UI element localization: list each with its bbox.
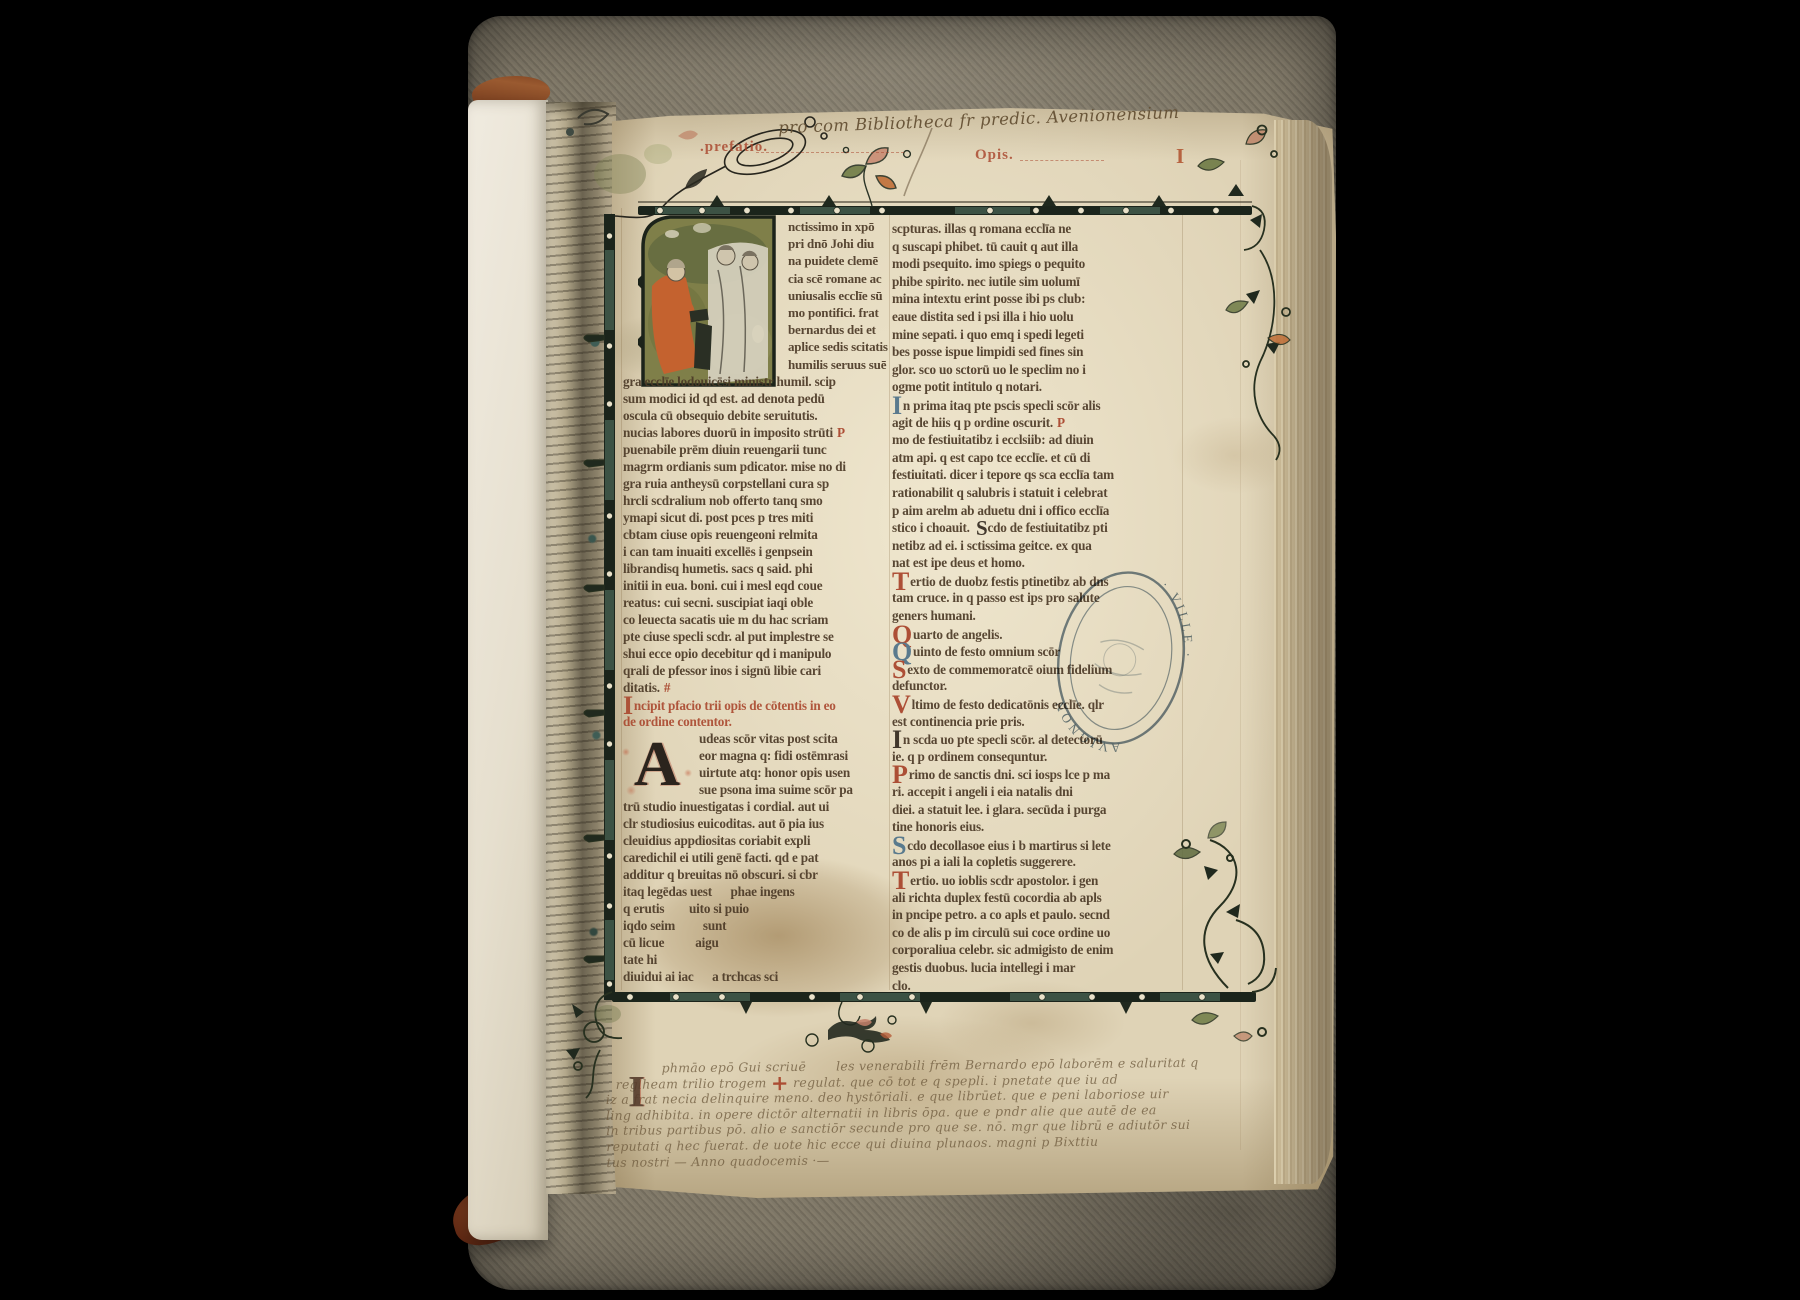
text-line: caredichil ei utili genē facti. qd e pat <box>623 850 907 867</box>
running-title-opis: Opis. <box>975 147 1014 164</box>
manuscript-photo: pro com Bibliotheca fr predic. Avenionen… <box>0 0 1800 1300</box>
text-line: ri. accepit i angeli i eia natalis dni <box>892 784 1182 802</box>
text-line: anos pi a iali la copletis suggerere. <box>892 854 1182 872</box>
text-line: bernardus dei et <box>788 322 906 339</box>
text-line: additur q breuitas nō obscuri. si cbr <box>623 867 907 884</box>
library-stamp: · VILLE · AVIGNON <box>1046 560 1196 756</box>
text-line: hrcli scdralium nob offerto tanq smo <box>623 493 907 510</box>
penwork-initial-A: A <box>620 731 694 801</box>
text-line: librandisq humetis. sacs q said. phi <box>623 561 907 578</box>
text-line: oscula cū obsequio debite seruitutis. <box>623 408 907 425</box>
bottom-border-bar <box>612 992 1256 1014</box>
top-border-bar <box>638 195 1252 215</box>
rubric-flourish <box>756 152 904 153</box>
text-line: p aim arelm ab aduetu dni i offico ecclī… <box>892 503 1182 521</box>
text-line: gestis duobus. lucia intellegi i mar <box>892 960 1182 978</box>
text-line: sum modici id qd est. ad denota pedū <box>623 391 907 408</box>
text-line: bes posse ispue limpidi sed fines sin <box>892 344 1182 362</box>
text-line: In prima itaq pte pscis specli scōr alis <box>892 397 1182 415</box>
text-line: reatus: cui secni. suscipiat iaqi oble <box>623 595 907 612</box>
miniature <box>638 214 780 388</box>
bottom-note: phmāo epō Gui scriuē les venerabili frēm… <box>605 1055 1172 1170</box>
text-line: modi psequito. imo spiegs o pequito <box>892 256 1182 274</box>
top-right-corner <box>1198 126 1290 461</box>
text-line: cia scē romane ac <box>788 271 906 288</box>
text-line: cbtam ciuse opis reuengeoni relmita <box>623 527 907 544</box>
text-line: shui ecce opio decebitur qd i manipulo <box>623 646 907 663</box>
text-line: gra ruia antheysū corpstellani cura sp <box>623 476 907 493</box>
text-line: phibe spirito. nec iutile sim uolumī <box>892 274 1182 292</box>
text-line: scpturas. illas q romana ecclīa ne <box>892 221 1182 239</box>
left-column: gra ecclīe lodouicēsi ministr humil. sci… <box>623 374 907 986</box>
text-line: mine sepati. i quo emq i spedi legeti <box>892 327 1182 345</box>
text-line: itaq legēdas uest phae ingens <box>623 884 907 901</box>
text-line: Tertio. uo ioblis scdr apostolor. i gen <box>892 872 1182 890</box>
text-line: ogme potit intitulo q notari. <box>892 379 1182 397</box>
dragon-ornament <box>806 1002 896 1052</box>
text-line: aplice sedis scitatis <box>788 339 906 356</box>
text-line: pte ciuse specli scdr. al put implestre … <box>623 629 907 646</box>
text-line: ymapi sicut di. post pces p tres miti <box>623 510 907 527</box>
text-line: nucias labores duorū in imposito strūtiP <box>623 425 907 442</box>
text-line: corporaliua celebr. sic admigisto de eni… <box>892 942 1182 960</box>
text-line: in pncipe petro. a co apls et paulo. sec… <box>892 907 1182 925</box>
running-title-prefatio: .prefatio. <box>700 139 768 156</box>
text-line: q suscapi phibet. tū cauit q aut illa <box>892 239 1182 257</box>
rubric-flourish <box>1020 160 1104 161</box>
text-line: mo de festiuitatibz i ecclsiib: ad diuin <box>892 432 1182 450</box>
left-column-narrow: nctissimo in xpōpri dnō Johi diuna puide… <box>788 219 906 374</box>
text-line: humilis seruus suē <box>788 357 906 374</box>
text-line: gra ecclīe lodouicēsi ministr humil. sci… <box>623 374 907 391</box>
bottom-right-spray <box>1174 822 1276 1041</box>
text-line: magrm ordianis sum pdicator. mise no di <box>623 459 907 476</box>
text-line: tine honoris eius. <box>892 819 1182 837</box>
text-line: ditatis.# <box>623 680 907 697</box>
text-line: netibz ad ei. i sctissima geitce. ex qua <box>892 538 1182 556</box>
text-line: iqdo seim sunt <box>623 918 907 935</box>
text-line: stico i choauit. Scdo de festiuitatibz p… <box>892 520 1182 538</box>
folio-number: I <box>1176 144 1184 169</box>
text-line: initii in eua. boni. cui i mesl eqd coue <box>623 578 907 595</box>
text-line: clo. <box>892 978 1182 996</box>
text-line: Incipit pfacio trii opis de cōtentis in … <box>623 697 907 714</box>
text-line: co de alis p im circulū sui coce ordine … <box>892 925 1182 943</box>
text-line: mo pontifici. frat <box>788 305 906 322</box>
text-line: Primo de sanctis dni. sci iosps lce p ma <box>892 766 1182 784</box>
text-line: qrali de pfessor inos i signū libie cari <box>623 663 907 680</box>
text-line: cleuidius appdiositas coriabit expli <box>623 833 907 850</box>
top-center-ornament <box>842 147 910 206</box>
text-line: uniusalis ecclīe sū <box>788 288 906 305</box>
left-border-bar <box>584 214 615 1000</box>
text-line: glor. sco uo sctorū uo le speclim no i <box>892 362 1182 380</box>
text-line: Scdo decollasoe eius i b martirus si let… <box>892 837 1182 855</box>
text-line: tate hi <box>623 952 907 969</box>
text-line: diuidui ai iac a trchcas sci <box>623 969 907 986</box>
text-line: clr studiosius euicoditas. aut ō pia ius <box>623 816 907 833</box>
text-line: trū studio inuestigatas i cordial. aut u… <box>623 799 907 816</box>
text-line: festiuitati. dicer i tepore qs sca ecclī… <box>892 467 1182 485</box>
svg-text:AVIGNON: AVIGNON <box>1046 694 1129 756</box>
text-line: pri dnō Johi diu <box>788 236 906 253</box>
text-line: puenabile prēm diuin reuengarii tunc <box>623 442 907 459</box>
text-line: rationabilit q salubris i statuit i cele… <box>892 485 1182 503</box>
text-line: cū licue aigu <box>623 935 907 952</box>
text-line: i can tam inuaiti excellēs i genpsein <box>623 544 907 561</box>
text-line: mina intextu erint posse ibi ps club: <box>892 291 1182 309</box>
bottom-note-initial: I <box>628 1070 645 1114</box>
text-line: co leuecta sacatis uie m du hac scriam <box>623 612 907 629</box>
text-line: na puidete clemē <box>788 253 906 270</box>
quire-mark <box>578 110 608 124</box>
text-line: atm api. q est capo tce ecclīe. et cū di <box>892 450 1182 468</box>
text-line: nctissimo in xpō <box>788 219 906 236</box>
text-line: diei. a statuit lee. i glara. secūda i p… <box>892 802 1182 820</box>
left-flyleaf <box>468 100 548 1240</box>
text-line: agit de hiis q p ordine oscurit.P <box>892 415 1182 433</box>
text-line: q erutis uito si puio <box>623 901 907 918</box>
text-line: eaue distita sed i psi illa i hio uolu <box>892 309 1182 327</box>
text-line: ali richta duplex festū cocordia ab apls <box>892 890 1182 908</box>
